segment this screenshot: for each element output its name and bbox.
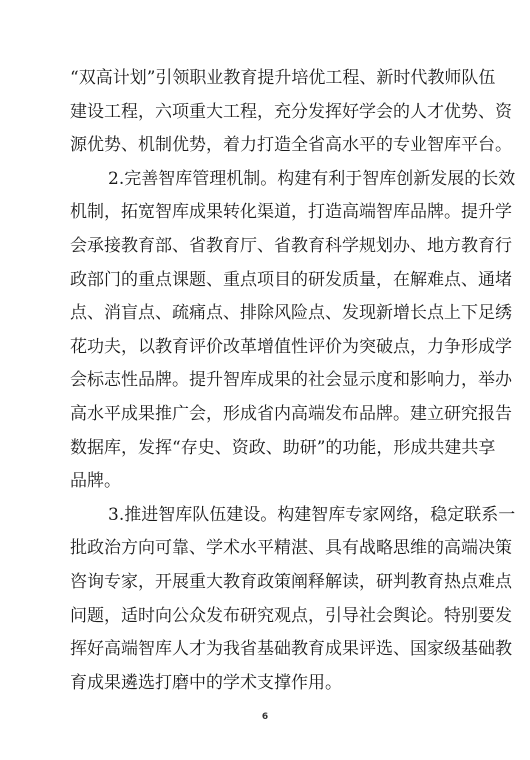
text-line: 会标志性品牌。提升智库成果的社会显示度和影响力，举办 (70, 364, 458, 398)
text-line: 品牌。 (70, 465, 458, 499)
text-line: 批政治方向可靠、学术水平精湛、具有战略思维的高端决策 (70, 532, 458, 566)
paragraph-2: 2.完善智库管理机制。构建有利于智库创新发展的长效 机制，拓宽智库成果转化渠道，… (70, 163, 458, 499)
paragraph-1: “双高计划”引领职业教育提升培优工程、新时代教师队伍 建设工程，六项重大工程，充… (70, 62, 458, 163)
text-line: 2.完善智库管理机制。构建有利于智库创新发展的长效 (70, 163, 458, 197)
text-line: 数据库，发挥“存史、资政、助研”的功能，形成共建共享 (70, 432, 458, 466)
text-line: 挥好高端智库人才为我省基础教育成果评选、国家级基础教 (70, 633, 458, 667)
document-page: “双高计划”引领职业教育提升培优工程、新时代教师队伍 建设工程，六项重大工程，充… (0, 0, 530, 760)
text-line: “双高计划”引领职业教育提升培优工程、新时代教师队伍 (70, 62, 458, 96)
text-line: 建设工程，六项重大工程，充分发挥好学会的人才优势、资 (70, 96, 458, 130)
paragraph-3: 3.推进智库队伍建设。构建智库专家网络，稳定联系一 批政治方向可靠、学术水平精湛… (70, 499, 458, 701)
body-text: “双高计划”引领职业教育提升培优工程、新时代教师队伍 建设工程，六项重大工程，充… (70, 62, 458, 700)
text-line: 花功夫，以教育评价改革增值性评价为突破点，力争形成学 (70, 331, 458, 365)
text-line: 3.推进智库队伍建设。构建智库专家网络，稳定联系一 (70, 499, 458, 533)
text-line: 会承接教育部、省教育厅、省教育科学规划办、地方教育行 (70, 230, 458, 264)
text-line: 点、消盲点、疏痛点、排除风险点、发现新增长点上下足绣 (70, 297, 458, 331)
text-line: 机制，拓宽智库成果转化渠道，打造高端智库品牌。提升学 (70, 196, 458, 230)
text-line: 咨询专家，开展重大教育政策阐释解读，研判教育热点难点 (70, 566, 458, 600)
page-number: 6 (0, 712, 530, 722)
text-line: 问题，适时向公众发布研究观点，引导社会舆论。特别要发 (70, 600, 458, 634)
text-line: 高水平成果推广会，形成省内高端发布品牌。建立研究报告 (70, 398, 458, 432)
text-line: 政部门的重点课题、重点项目的研发质量，在解难点、通堵 (70, 264, 458, 298)
text-line: 育成果遴选打磨中的学术支撑作用。 (70, 667, 458, 701)
text-line: 源优势、机制优势，着力打造全省高水平的专业智库平台。 (70, 129, 458, 163)
